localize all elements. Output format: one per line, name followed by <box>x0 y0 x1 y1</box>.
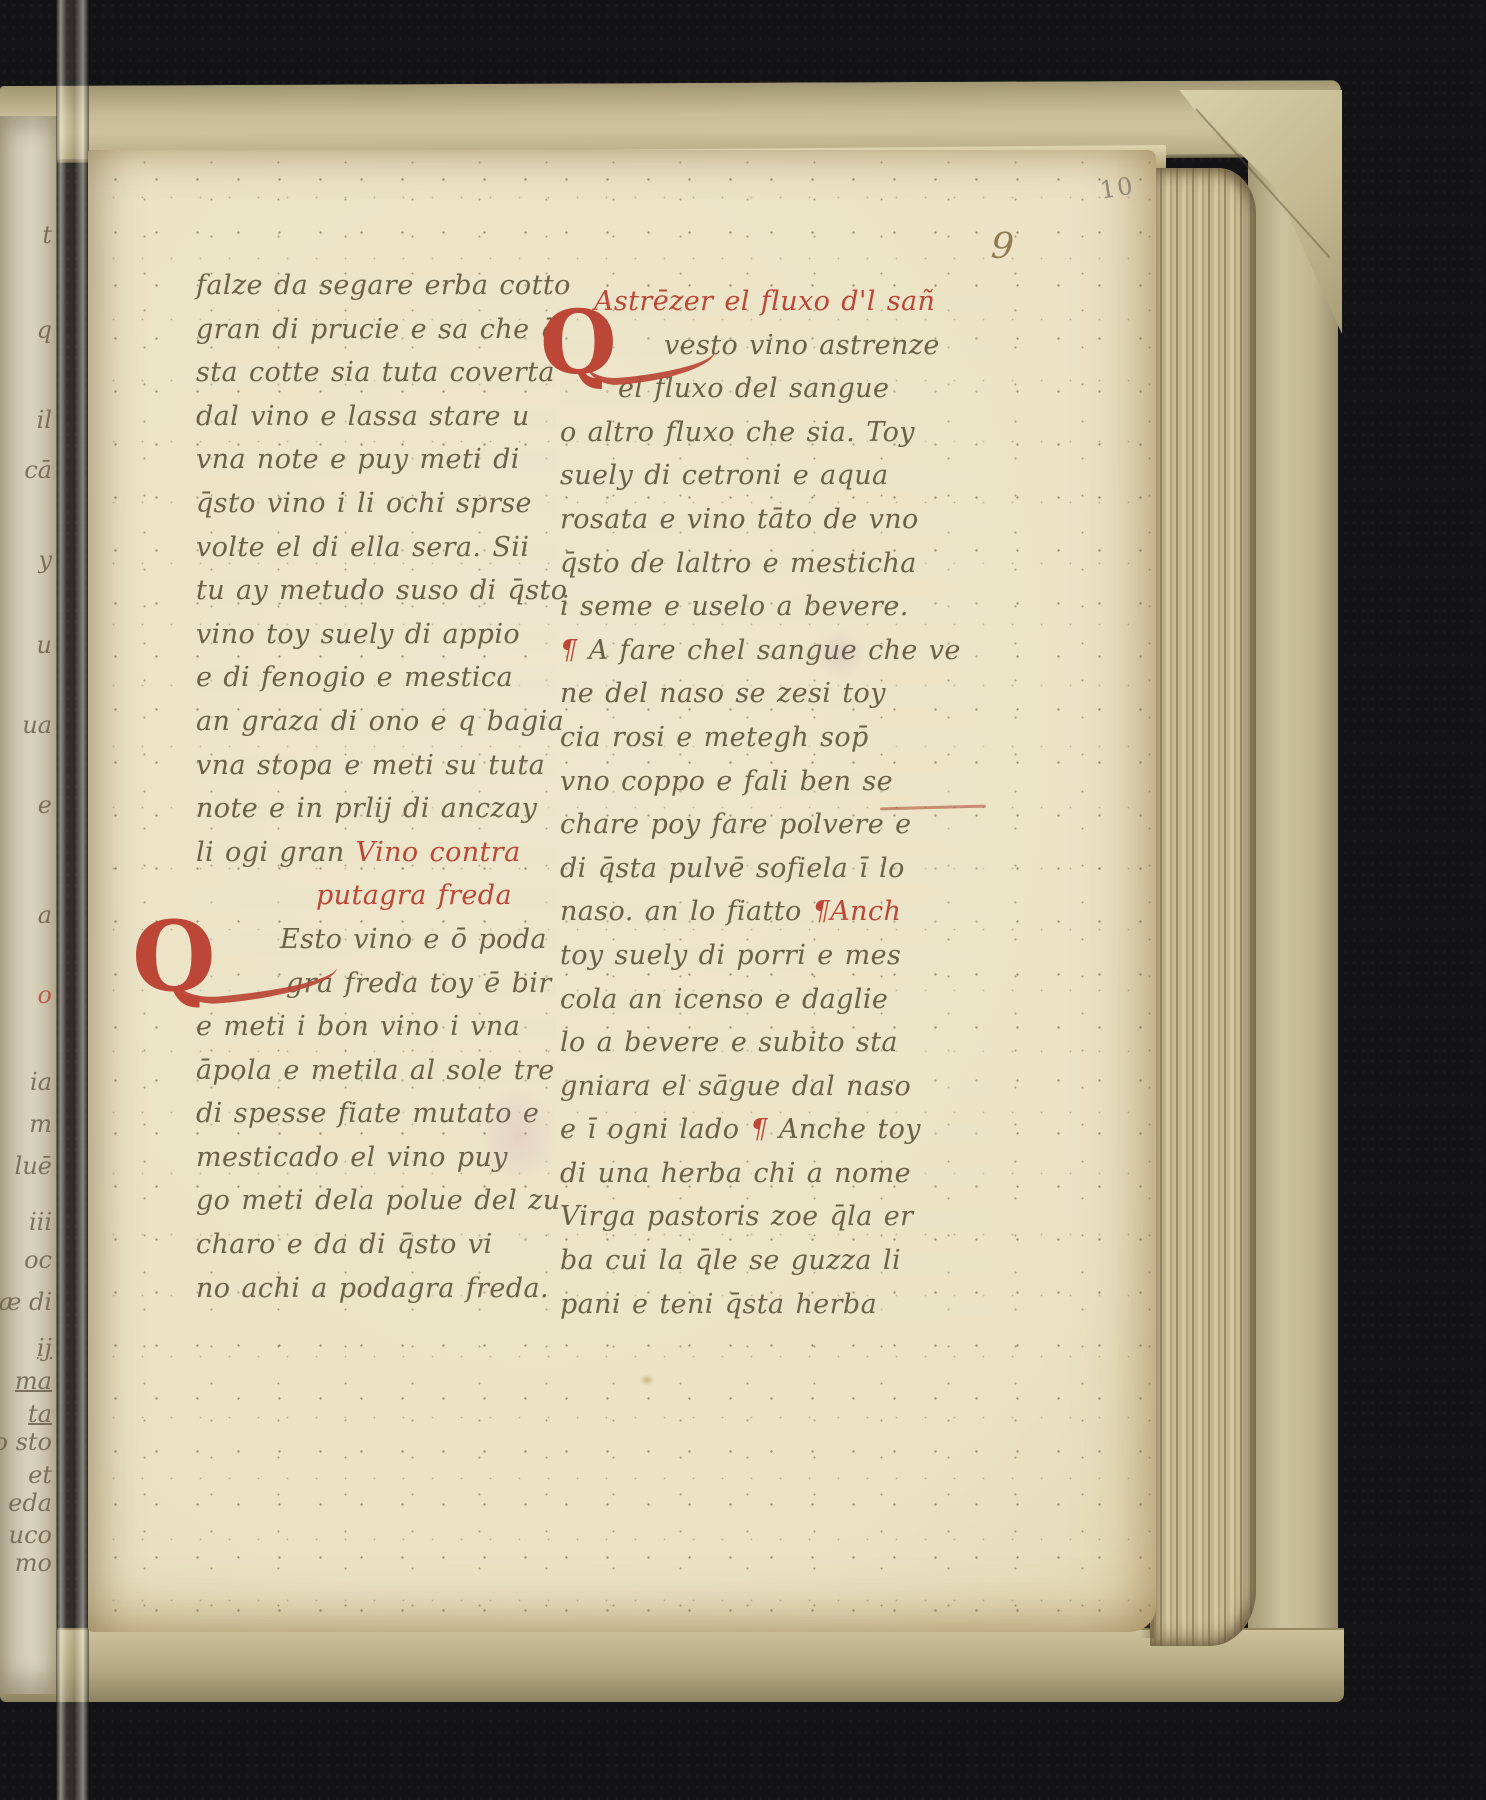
manuscript-line: e ī ogni lado ¶ Anche toy <box>560 1108 990 1152</box>
manuscript-line: cia rosi e metegh sop̄ <box>560 716 990 760</box>
manuscript-line: putagra freda <box>196 874 556 918</box>
manuscript-line: falze da segare erba cotto <box>196 264 556 308</box>
text-run: li ogi gran <box>196 837 356 868</box>
manuscript-line: Virga pastoris zoe q̄la er <box>560 1195 990 1239</box>
manuscript-line: Astrēzer el fluxo d'l sañ <box>560 280 990 324</box>
manuscript-line: q̄sto de laltro e mesticha <box>560 542 990 586</box>
manuscript-page: 10 9 falze da segare erba cottogran di p… <box>88 150 1156 1632</box>
manuscript-line: di spesse fiate mutato e <box>196 1092 556 1136</box>
text-column-left: falze da segare erba cottogran di prucie… <box>196 264 556 1310</box>
text-run: go meti dela polue del zu <box>196 1185 561 1216</box>
manuscript-line: sta cotte sia tuta coverta <box>196 351 556 395</box>
text-run: e meti i bon vino i vna <box>196 1011 520 1042</box>
rubric-run: ¶ <box>750 1114 779 1145</box>
text-run: Virga pastoris zoe q̄la er <box>560 1201 913 1232</box>
facing-page-text-fragment: e <box>38 791 52 819</box>
text-run: falze da segare erba cotto <box>196 270 571 301</box>
facing-page-sliver: tqilcāyuuaeaoiamluēiiiocæ diijmatao st… <box>0 116 57 1694</box>
rubric-run: Vino contra <box>356 837 521 868</box>
text-run: āpola e metila al sole tre <box>196 1055 555 1086</box>
pencil-foliation-number: 10 <box>1098 171 1137 204</box>
facing-page-text-fragment: iii <box>29 1208 52 1236</box>
text-run: gran di prucie e sa che q̄ <box>196 314 558 345</box>
facing-page-text-fragment: uco <box>9 1521 52 1549</box>
manuscript-line: suely di cetroni e aqua <box>560 454 990 498</box>
facing-page-text-fragment: o <box>38 981 52 1009</box>
text-run: Esto vino e ō poda <box>280 924 547 955</box>
manuscript-line: ¶ A fare chel sangue che ve <box>560 629 990 673</box>
manuscript-line: di una herba chi a nome <box>560 1152 990 1196</box>
manuscript-line: vino toy suely di appio <box>196 613 556 657</box>
rubricated-initial-q-right: Q <box>540 300 617 384</box>
text-run: note e in prlij di anczay <box>196 793 537 824</box>
facing-page-text-fragment: ij <box>37 1334 52 1362</box>
text-run: q̄sto vino i li ochi sprse <box>196 488 532 519</box>
manuscript-line: no achi a podagra freda. <box>196 1267 556 1311</box>
text-run: Anche toy <box>779 1114 921 1145</box>
facing-page-text-fragment: ua <box>22 711 52 739</box>
manuscript-line: naso. an lo fiatto ¶Anch <box>560 890 990 934</box>
manuscript-line: chare poy fare polvere e <box>560 803 990 847</box>
manuscript-line: di q̄sta pulvē sofiela ī lo <box>560 847 990 891</box>
manuscript-line: e meti i bon vino i vna <box>196 1005 556 1049</box>
photo-black-backdrop: { "colors": { "ink": "#6b6148", "red": "… <box>0 0 1486 1800</box>
text-run: e di fenogio e mestica <box>196 662 513 693</box>
text-run: cia rosi e metegh sop̄ <box>560 722 869 753</box>
facing-page-text-fragment: o sto <box>0 1428 52 1456</box>
vellum-cover-right-edge <box>1248 98 1338 1676</box>
text-run: ne del naso se zesi toy <box>560 678 886 709</box>
manuscript-line: lo a bevere e subito sta <box>560 1021 990 1065</box>
rubricated-initial-q-left: Q <box>132 912 216 1002</box>
page-stack-fore-edge <box>1150 168 1256 1646</box>
facing-page-text-fragment: oc <box>24 1246 52 1274</box>
text-run: o altro fluxo che sia. Toy <box>560 417 915 448</box>
manuscript-line: e di fenogio e mestica <box>196 656 556 700</box>
yellow-spot <box>636 1372 658 1388</box>
manuscript-line: volte el di ella sera. Sii <box>196 526 556 570</box>
text-run: pani e teni q̄sta herba <box>560 1289 877 1320</box>
text-run: chare poy fare polvere e <box>560 809 911 840</box>
text-run: an graza di ono e q bagia <box>196 706 564 737</box>
facing-page-text-fragment: æ di <box>0 1288 52 1316</box>
facing-page-text-fragment: q <box>37 316 52 344</box>
manuscript-line: o altro fluxo che sia. Toy <box>560 411 990 455</box>
text-run: dal vino e lassa stare u <box>196 401 530 432</box>
facing-page-text-fragment: cā <box>24 456 52 484</box>
manuscript-line: i seme e uselo a bevere. <box>560 585 990 629</box>
text-run: charo e da di q̄sto vi <box>196 1229 493 1260</box>
facing-page-text-fragment: eda <box>8 1489 52 1517</box>
text-run: lo a bevere e subito sta <box>560 1027 898 1058</box>
text-run: vno coppo e fali ben se <box>560 766 893 797</box>
manuscript-line: āpola e metila al sole tre <box>196 1049 556 1093</box>
text-run: suely di cetroni e aqua <box>560 460 889 491</box>
manuscript-line: vno coppo e fali ben se <box>560 760 990 804</box>
manuscript-line: mesticado el vino puy <box>196 1136 556 1180</box>
manuscript-line: Esto vino e ō poda <box>196 918 556 962</box>
manuscript-line: li ogi gran Vino contra <box>196 831 556 875</box>
text-run: A fare chel sangue che ve <box>589 635 961 666</box>
vellum-cover-bottom-edge <box>0 1628 1344 1702</box>
text-run: e ī ogni lado <box>560 1114 750 1145</box>
text-run: tu ay metudo suso di q̄sto <box>196 575 567 606</box>
facing-page-text-fragment: ma <box>15 1367 52 1395</box>
manuscript-line: dal vino e lassa stare u <box>196 395 556 439</box>
manuscript-line: ba cui la q̄le se guzza li <box>560 1239 990 1283</box>
manuscript-line: tu ay metudo suso di q̄sto <box>196 569 556 613</box>
manuscript-line: cola an icenso e daglie <box>560 978 990 1022</box>
folio-number: 9 <box>990 225 1015 267</box>
manuscript-line: note e in prlij di anczay <box>196 787 556 831</box>
manuscript-line: gran di prucie e sa che q̄ <box>196 308 556 352</box>
text-run: rosata e vino tāto de vno <box>560 504 919 535</box>
rubric-run: Astrēzer el fluxo d'l sañ <box>594 286 935 317</box>
text-run: di q̄sta pulvē sofiela ī lo <box>560 853 905 884</box>
manuscript-line: gniara el sāgue dal naso <box>560 1065 990 1109</box>
text-run: q̄sto de laltro e mesticha <box>560 548 917 579</box>
manuscript-line: charo e da di q̄sto vi <box>196 1223 556 1267</box>
text-run: naso. an lo fiatto <box>560 896 813 927</box>
rubric-run: ¶Anch <box>813 896 902 927</box>
text-run: di una herba chi a nome <box>560 1158 911 1189</box>
manuscript-line: vna note e puy meti di <box>196 438 556 482</box>
facing-page-text-fragment: il <box>37 406 52 434</box>
manuscript-line: ne del naso se zesi toy <box>560 672 990 716</box>
manuscript-line: pani e teni q̄sta herba <box>560 1283 990 1327</box>
facing-page-text-fragment: luē <box>15 1152 52 1180</box>
manuscript-line: toy suely di porri e mes <box>560 934 990 978</box>
text-run: sta cotte sia tuta coverta <box>196 357 555 388</box>
facing-page-text-fragment: u <box>37 631 52 659</box>
glass-weight-rod <box>56 0 89 1800</box>
rubric-run: putagra freda <box>316 880 512 911</box>
manuscript-line: vna stopa e meti su tuta <box>196 744 556 788</box>
manuscript-line: an graza di ono e q bagia <box>196 700 556 744</box>
facing-page-text-fragment: mo <box>15 1549 52 1577</box>
text-run: cola an icenso e daglie <box>560 984 888 1015</box>
text-run: gniara el sāgue dal naso <box>560 1071 911 1102</box>
text-run: vna note e puy meti di <box>196 444 520 475</box>
facing-page-text-fragment: t <box>42 221 52 249</box>
facing-page-text-fragment: a <box>38 901 52 929</box>
facing-page-text-fragment: ta <box>28 1400 52 1428</box>
text-run: vna stopa e meti su tuta <box>196 750 545 781</box>
facing-page-text-fragment: m <box>29 1110 52 1138</box>
text-run: di spesse fiate mutato e <box>196 1098 539 1129</box>
facing-page-text-fragment: ia <box>30 1068 52 1096</box>
text-run: mesticado el vino puy <box>196 1142 508 1173</box>
text-run: ba cui la q̄le se guzza li <box>560 1245 901 1276</box>
text-run: toy suely di porri e mes <box>560 940 901 971</box>
facing-page-text-fragment: y <box>38 546 52 574</box>
facing-page-text-fragment: et <box>28 1461 52 1489</box>
text-run: volte el di ella sera. Sii <box>196 532 529 563</box>
rubric-run: ¶ <box>560 635 589 666</box>
manuscript-line: q̄sto vino i li ochi sprse <box>196 482 556 526</box>
text-column-right: Astrēzer el fluxo d'l sañvesto vino as… <box>560 280 990 1326</box>
text-run: no achi a podagra freda. <box>196 1273 549 1304</box>
text-run: vino toy suely di appio <box>196 619 520 650</box>
manuscript-line: rosata e vino tāto de vno <box>560 498 990 542</box>
text-run: i seme e uselo a bevere. <box>560 591 909 622</box>
manuscript-line: go meti dela polue del zu <box>196 1179 556 1223</box>
